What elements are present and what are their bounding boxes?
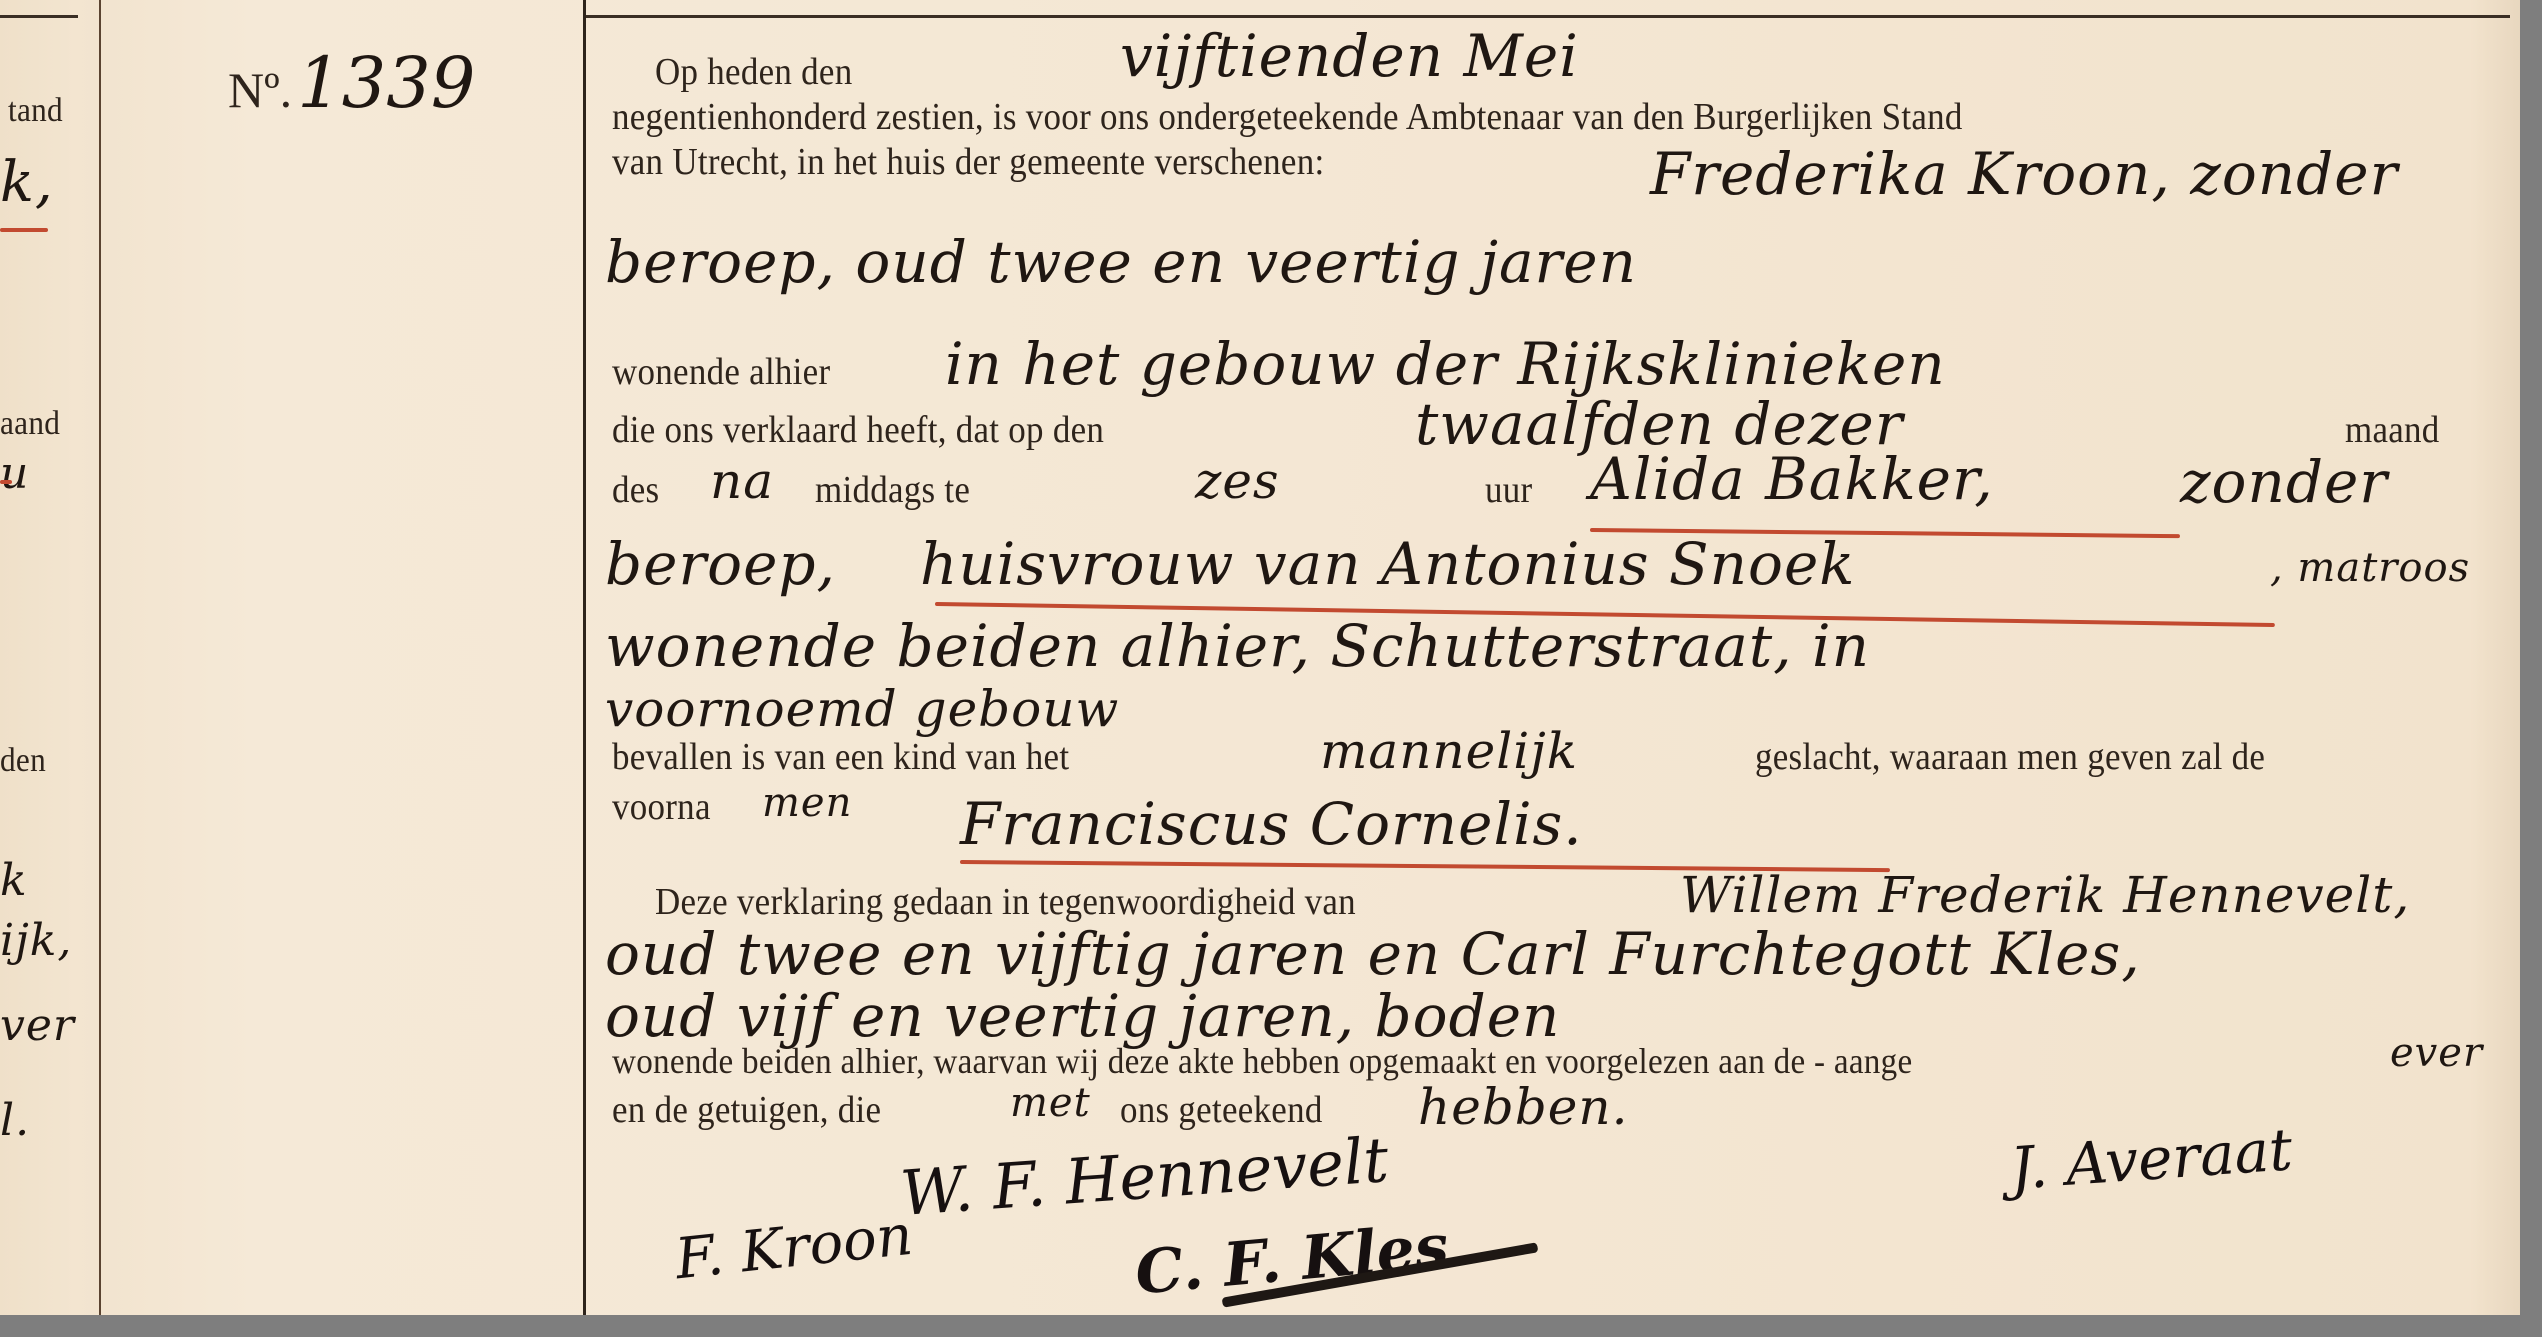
- handwritten-text: zonder: [2180, 448, 2388, 516]
- printed-text: wonende beiden alhier, waarvan wij deze …: [612, 1040, 1912, 1082]
- printed-text: maand: [2345, 408, 2440, 452]
- left-page-fragment: k,: [0, 150, 54, 215]
- handwritten-witness-1: Willem Frederik Hennevelt,: [1680, 866, 2410, 924]
- printed-text: des: [612, 468, 659, 512]
- handwritten-sex: mannelijk: [1320, 722, 1578, 780]
- left-page-fragment: aand: [0, 405, 60, 443]
- margin-rule: [583, 0, 586, 1315]
- record-number: Nº. 1339: [228, 42, 475, 124]
- left-page-fragment: ver: [0, 1000, 75, 1051]
- handwritten-text: wonende beiden alhier, Schutterstraat, i…: [605, 612, 1870, 680]
- handwritten-text: beroep, oud twee en veertig jaren: [605, 228, 1637, 296]
- printed-text: negentienhonderd zestien, is voor ons on…: [612, 95, 1963, 139]
- register-page: tand k, aand u den k ijk, ver l. Nº. 133…: [0, 0, 2520, 1315]
- left-page-fragment: tand: [8, 92, 63, 130]
- handwritten-text: beroep,: [605, 530, 836, 598]
- handwritten-text: na: [710, 452, 774, 510]
- signature-informant: F. Kroon: [672, 1203, 915, 1293]
- handwritten-father-name: huisvrouw van Antonius Snoek: [920, 530, 1855, 598]
- signature-registrar: J. Averaat: [2008, 1115, 2295, 1203]
- left-page-fragment: k: [0, 855, 28, 906]
- printed-text: ons geteekend: [1120, 1088, 1323, 1132]
- left-page-fragment: den: [0, 742, 46, 780]
- left-page-top-rule: [0, 15, 78, 18]
- handwritten-text: voornoemd gebouw: [605, 680, 1119, 738]
- handwritten-text: men: [762, 780, 852, 826]
- left-page-fragment: l.: [0, 1095, 30, 1146]
- handwritten-text: hebben.: [1418, 1078, 1629, 1136]
- printed-text: uur: [1485, 468, 1532, 512]
- handwritten-occupation: , matroos: [2270, 545, 2470, 591]
- handwritten-child-name: Franciscus Cornelis.: [960, 790, 1583, 858]
- printed-text: die ons verklaard heeft, dat op den: [612, 408, 1104, 452]
- handwritten-mother-name: Alida Bakker,: [1590, 445, 1994, 513]
- handwritten-witness-2: oud twee en vijftig jaren en Carl Furcht…: [605, 920, 2141, 988]
- page-fold-line: [99, 0, 101, 1315]
- handwritten-hour: zes: [1195, 452, 1280, 510]
- printed-text: middags te: [815, 468, 970, 512]
- printed-text: wonende alhier: [612, 350, 830, 394]
- handwritten-date: vijftienden Mei: [1120, 22, 1579, 90]
- record-number-value: 1339: [297, 42, 475, 124]
- handwritten-informant: Frederika Kroon, zonder: [1650, 140, 2398, 208]
- printed-text: geslacht, waaraan men geven zal de: [1755, 735, 2265, 779]
- handwritten-text: met: [1010, 1080, 1091, 1126]
- printed-text: bevallen is van een kind van het: [612, 735, 1069, 779]
- printed-text: voorna: [612, 785, 711, 829]
- printed-text: en de getuigen, die: [612, 1088, 881, 1132]
- left-page-fragment: u: [0, 448, 29, 499]
- signature-witness-1: W. F. Hennevelt: [898, 1123, 1391, 1230]
- handwritten-text: ever: [2390, 1030, 2483, 1076]
- top-rule: [586, 15, 2510, 18]
- red-underline: [0, 228, 48, 232]
- printed-text: van Utrecht, in het huis der gemeente ve…: [612, 140, 1324, 184]
- red-underline: [0, 480, 12, 484]
- printed-text: Op heden den: [655, 50, 852, 94]
- handwritten-address: in het gebouw der Rijksklinieken: [945, 330, 1946, 398]
- record-number-label: Nº.: [228, 62, 292, 118]
- left-page-fragment: ijk,: [0, 915, 72, 966]
- printed-text: Deze verklaring gedaan in tegenwoordighe…: [655, 880, 1356, 924]
